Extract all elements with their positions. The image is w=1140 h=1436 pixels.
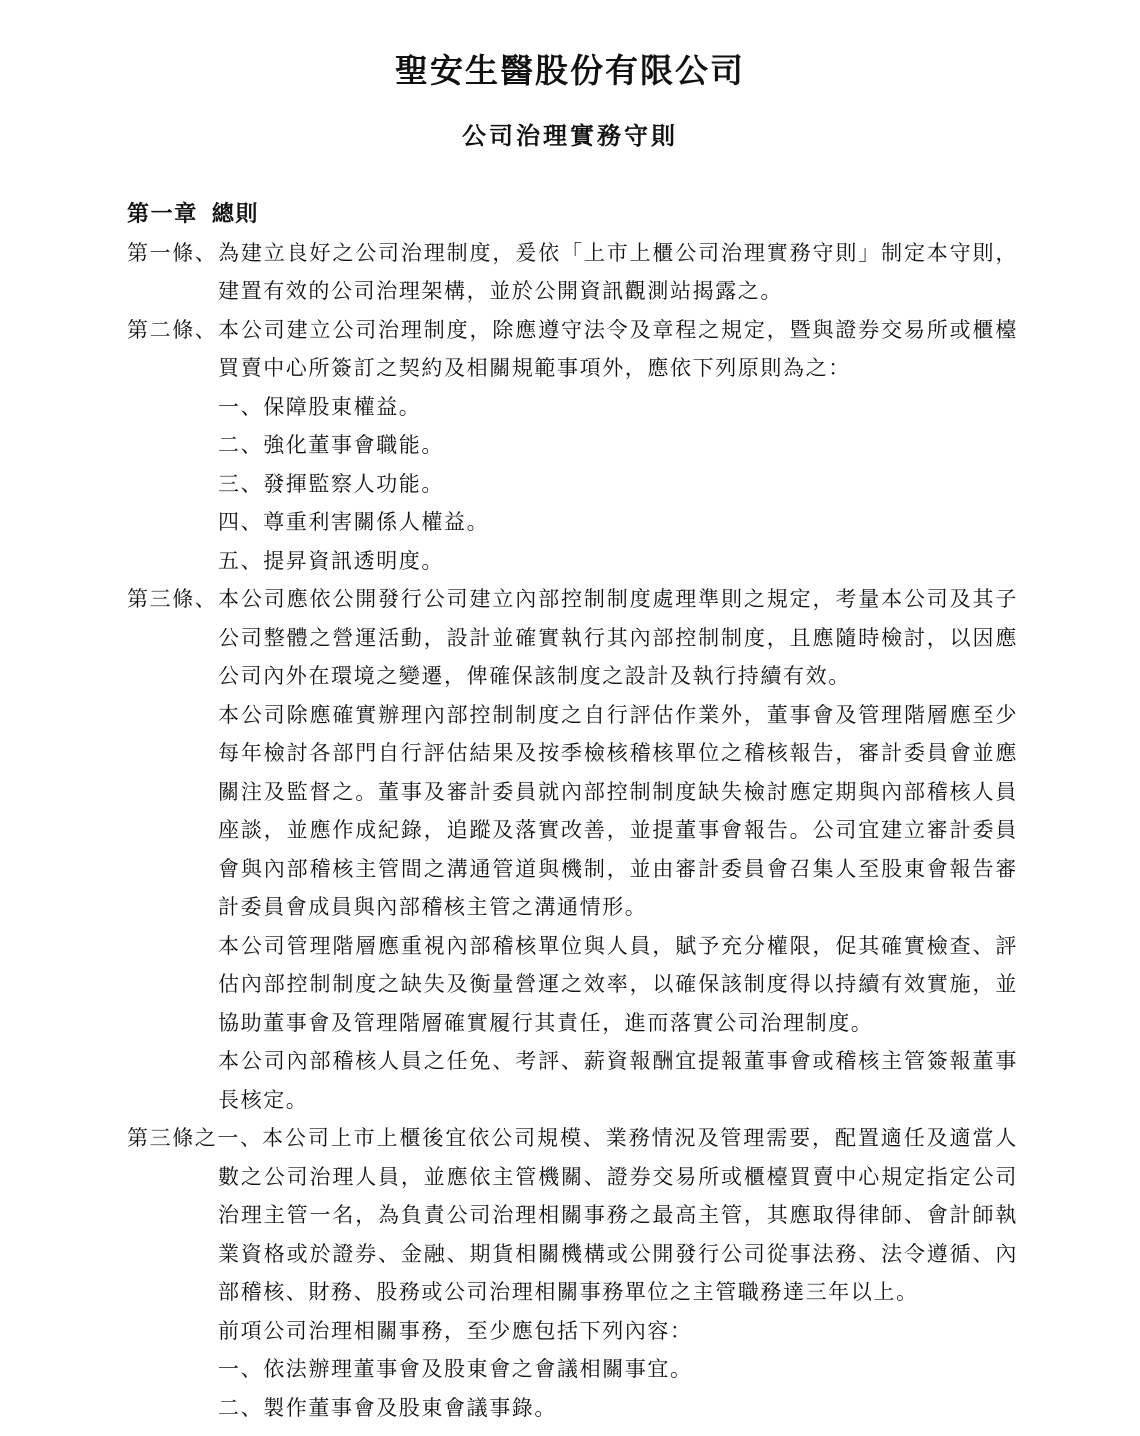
list-item: 一、依法辦理董事會及股東會之會議相關事宜。 xyxy=(218,1350,1018,1389)
document-page: 聖安生醫股份有限公司 公司治理實務守則 第一章總則 第一條、 為建立良好之公司治… xyxy=(0,0,1140,1436)
article-paragraph: 本公司內部稽核人員之任免、考評、薪資報酬宜提報董事會或稽核主管簽報董事長核定。 xyxy=(218,1042,1018,1119)
company-title: 聖安生醫股份有限公司 xyxy=(0,56,1140,89)
article-label: 第三條之一、 xyxy=(127,1119,263,1158)
article-paragraph: 本公司除應確實辦理內部控制制度之自行評估作業外，董事會及管理階層應至少每年檢討各… xyxy=(218,696,1018,927)
article-paragraph: 本公司上市上櫃後宜依公司規模、業務情況及管理需要，配置適任及適當人數之公司治理人… xyxy=(218,1119,1018,1312)
article-paragraph: 本公司管理階層應重視內部稽核單位與人員，賦予充分權限，促其確實檢查、評估內部控制… xyxy=(218,927,1018,1043)
list-item: 二、強化董事會職能。 xyxy=(218,426,1018,465)
article-label: 第三條、 xyxy=(127,580,217,619)
article-3: 第三條、 本公司應依公開發行公司建立內部控制制度處理準則之規定，考量本公司及其子… xyxy=(127,580,1018,1119)
article-3-1: 第三條之一、 本公司上市上櫃後宜依公司規模、業務情況及管理需要，配置適任及適當人… xyxy=(127,1119,1018,1427)
list-item: 四、尊重利害關係人權益。 xyxy=(218,503,1018,542)
list-item: 三、發揮監察人功能。 xyxy=(218,465,1018,504)
chapter-heading: 第一章總則 xyxy=(127,195,1018,234)
list-item: 一、保障股東權益。 xyxy=(218,388,1018,427)
chapter-number: 第一章 xyxy=(127,201,198,226)
document-body: 第一章總則 第一條、 為建立良好之公司治理制度，爰依「上市上櫃公司治理實務守則」… xyxy=(127,195,1018,1427)
article-paragraph: 前項公司治理相關事務，至少應包括下列內容： xyxy=(218,1312,1018,1351)
list-item: 五、提昇資訊透明度。 xyxy=(218,542,1018,581)
document-title: 公司治理實務守則 xyxy=(0,125,1140,149)
article-label: 第一條、 xyxy=(127,234,217,273)
chapter-name: 總則 xyxy=(212,201,259,226)
article-paragraph: 本公司建立公司治理制度，除應遵守法令及章程之規定，暨與證券交易所或櫃檯買賣中心所… xyxy=(218,311,1018,388)
article-paragraph: 本公司應依公開發行公司建立內部控制制度處理準則之規定，考量本公司及其子公司整體之… xyxy=(218,580,1018,696)
article-paragraph: 為建立良好之公司治理制度，爰依「上市上櫃公司治理實務守則」制定本守則，建置有效的… xyxy=(218,234,1018,311)
article-1: 第一條、 為建立良好之公司治理制度，爰依「上市上櫃公司治理實務守則」制定本守則，… xyxy=(127,234,1018,311)
list-item: 二、製作董事會及股東會議事錄。 xyxy=(218,1389,1018,1428)
article-label: 第二條、 xyxy=(127,311,217,350)
article-2: 第二條、 本公司建立公司治理制度，除應遵守法令及章程之規定，暨與證券交易所或櫃檯… xyxy=(127,311,1018,581)
